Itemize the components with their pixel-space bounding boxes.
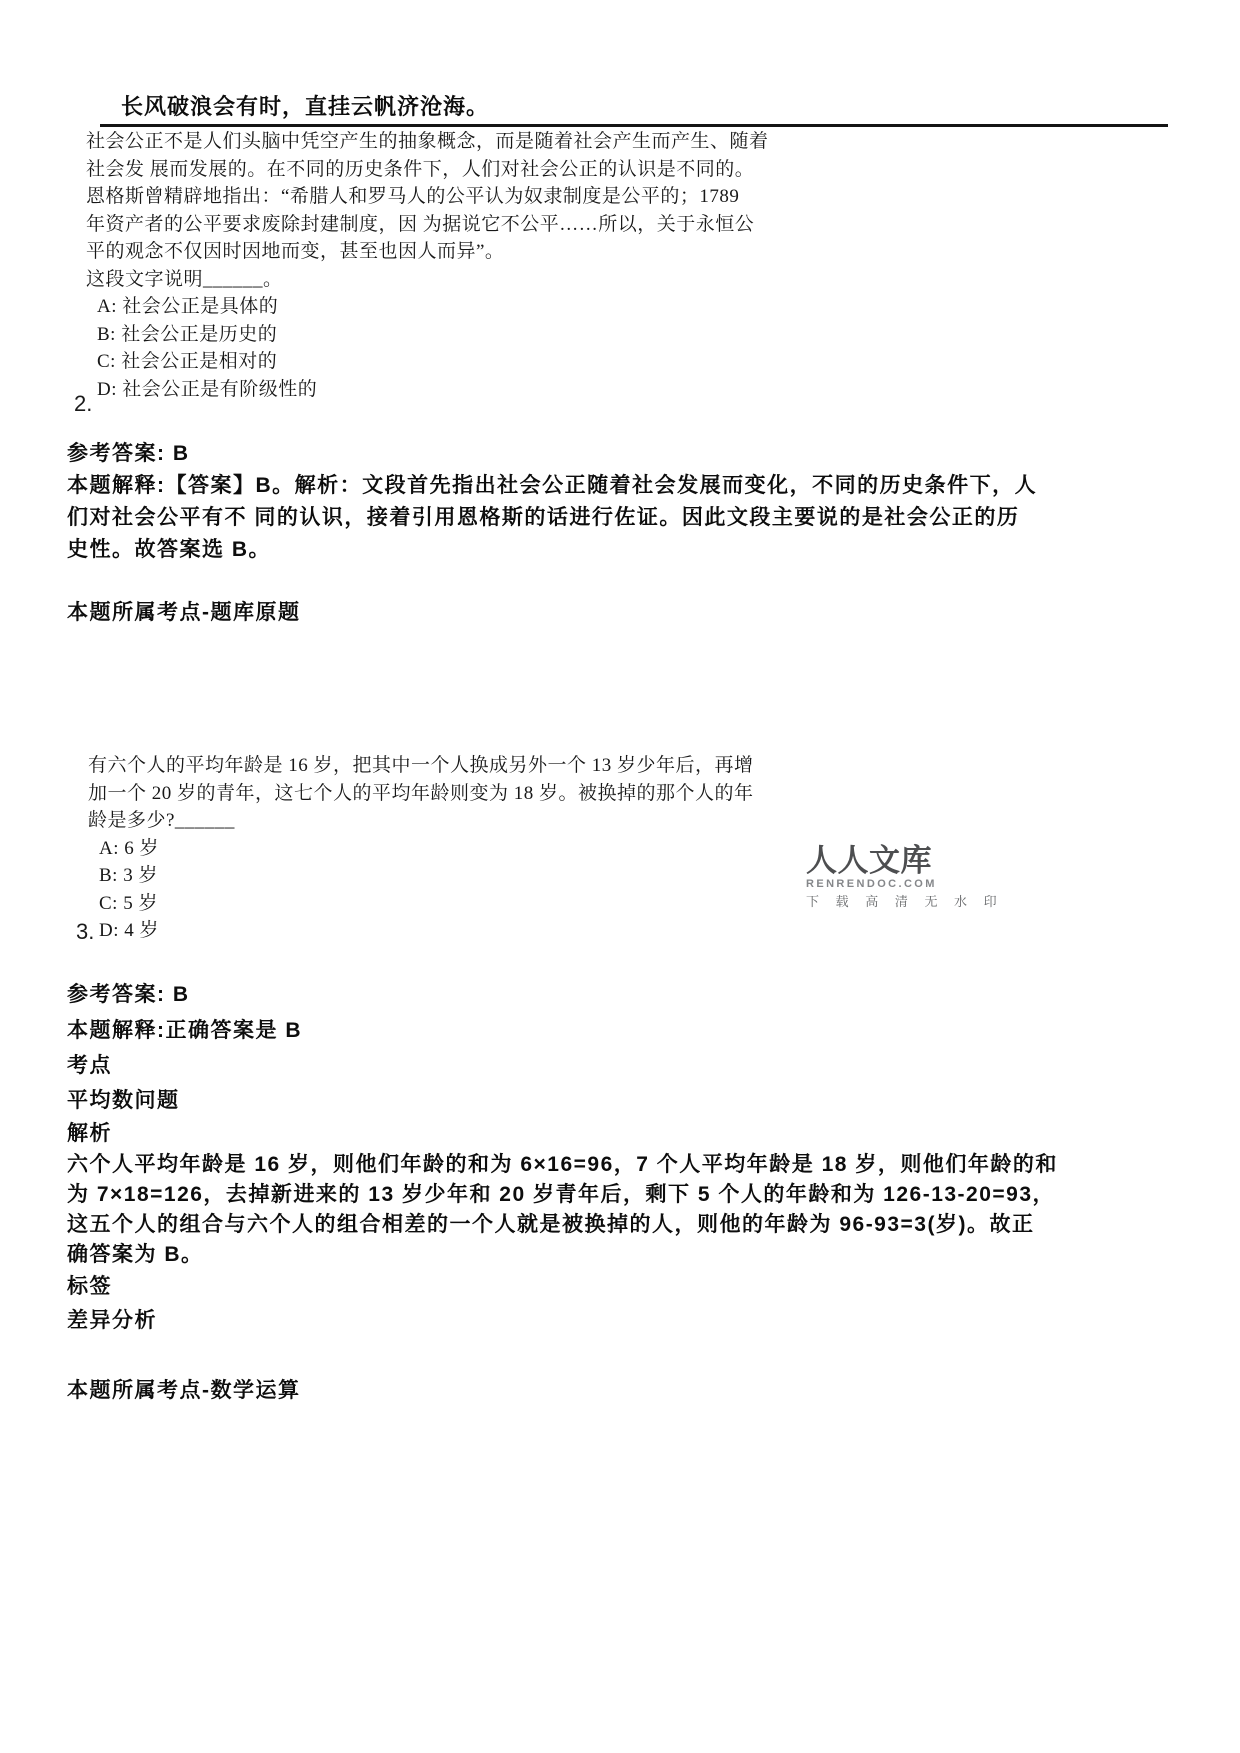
analysis-line: 这五个人的组合与六个人的组合相差的一个人就是被换掉的人，则他的年龄为 96-93… <box>67 1210 1058 1240</box>
option-a: A: 6 岁 <box>88 835 754 863</box>
analysis-line: 六个人平均年龄是 16 岁，则他们年龄的和为 6×16=96，7 个人平均年龄是… <box>67 1150 1058 1180</box>
option-d: D: 4 岁 <box>88 917 754 945</box>
question-text-line: 社会发 展而发展的。在不同的历史条件下，人们对社会公正的认识是不同的。 <box>86 156 769 184</box>
category-line: 本题所属考点-数学运算 <box>67 1374 1058 1408</box>
category-line: 本题所属考点-题库原题 <box>67 596 1037 630</box>
question2-block: 社会公正不是人们头脑中凭空产生的抽象概念，而是随着社会产生而产生、随着 社会发 … <box>86 128 769 403</box>
kaodian-label: 考点 <box>67 1048 1058 1083</box>
jiexi-label: 解析 <box>67 1118 1058 1150</box>
analysis-line: 确答案为 B。 <box>67 1240 1058 1270</box>
kaodian-value: 平均数问题 <box>67 1083 1058 1118</box>
header-quote: 长风破浪会有时，直挂云帆济沧海。 <box>121 90 489 121</box>
explanation-intro: 本题解释:正确答案是 B <box>67 1013 1058 1048</box>
analysis-line: 为 7×18=126，去掉新进来的 13 岁少年和 20 岁青年后，剩下 5 个… <box>67 1180 1058 1210</box>
reference-answer: 参考答案: B <box>67 976 1058 1013</box>
watermark-brand: 人人文库 <box>806 845 1003 876</box>
question-text-line: 平的观念不仅因时因地而变，甚至也因人而异”。 <box>86 238 769 266</box>
question2-answer-block: 参考答案: B 本题解释:【答案】B。解析：文段首先指出社会公正随着社会发展而变… <box>67 438 1037 630</box>
question-prompt-line: 这段文字说明______。 <box>86 266 769 294</box>
tag-value: 差异分析 <box>67 1304 1058 1374</box>
question-text-line: 加一个 20 岁的青年，这七个人的平均年龄则变为 18 岁。被换掉的那个人的年 <box>88 780 754 808</box>
document-page: 长风破浪会有时，直挂云帆济沧海。 社会公正不是人们头脑中凭空产生的抽象概念，而是… <box>0 0 1240 1753</box>
watermark-domain: RENRENDOC.COM <box>806 879 1003 890</box>
reference-answer: 参考答案: B <box>67 438 1037 470</box>
question3-answer-block: 参考答案: B 本题解释:正确答案是 B 考点 平均数问题 解析 六个人平均年龄… <box>67 976 1058 1408</box>
question-text-line: 年资产者的公平要求废除封建制度，因 为据说它不公平……所以，关于永恒公 <box>86 211 769 239</box>
option-c: C: 社会公正是相对的 <box>86 348 769 376</box>
explanation-line: 们对社会公平有不 同的认识，接着引用恩格斯的话进行佐证。因此文段主要说的是社会公… <box>67 502 1037 534</box>
question-text-line: 社会公正不是人们头脑中凭空产生的抽象概念，而是随着社会产生而产生、随着 <box>86 128 769 156</box>
question3-block: 有六个人的平均年龄是 16 岁，把其中一个人换成另外一个 13 岁少年后，再增 … <box>88 752 754 945</box>
option-a: A: 社会公正是具体的 <box>86 293 769 321</box>
option-d: D: 社会公正是有阶级性的 <box>86 376 769 404</box>
header-divider <box>100 124 1168 127</box>
question3-number: 3. <box>76 919 94 945</box>
explanation-line: 史性。故答案选 B。 <box>67 534 1037 596</box>
question2-number: 2. <box>74 391 92 417</box>
explanation-line: 本题解释:【答案】B。解析：文段首先指出社会公正随着社会发展而变化，不同的历史条… <box>67 470 1037 502</box>
question-text-line: 有六个人的平均年龄是 16 岁，把其中一个人换成另外一个 13 岁少年后，再增 <box>88 752 754 780</box>
option-b: B: 3 岁 <box>88 862 754 890</box>
watermark-slogan: 下 载 高 清 无 水 印 <box>806 895 1003 908</box>
watermark: 人人文库 RENRENDOC.COM 下 载 高 清 无 水 印 <box>806 845 1003 908</box>
option-c: C: 5 岁 <box>88 890 754 918</box>
option-b: B: 社会公正是历史的 <box>86 321 769 349</box>
tag-label: 标签 <box>67 1270 1058 1304</box>
question-prompt-line: 龄是多少?______ <box>88 807 754 835</box>
question-text-line: 恩格斯曾精辟地指出：“希腊人和罗马人的公平认为奴隶制度是公平的；1789 <box>86 183 769 211</box>
